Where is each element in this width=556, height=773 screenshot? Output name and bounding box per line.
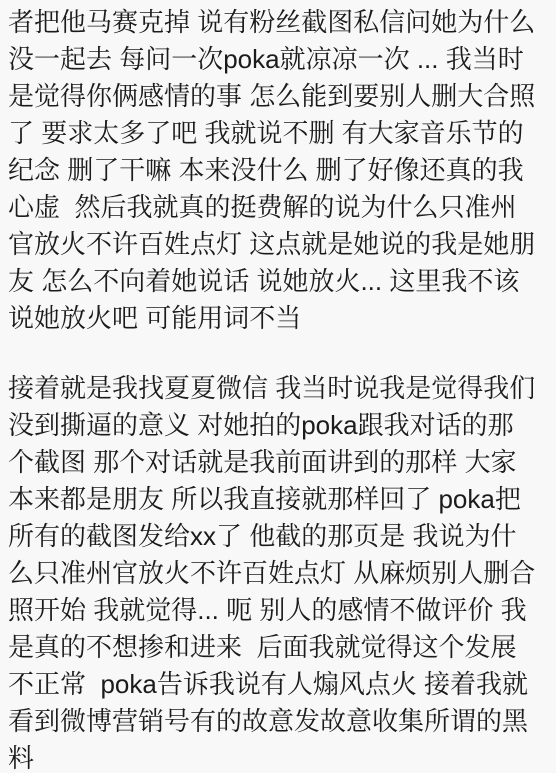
paragraph-spacer — [8, 337, 552, 370]
text-line: 者把他马赛克掉 说有粉丝截图私信问她为什么 — [8, 4, 552, 41]
text-line: 了 要求太多了吧 我就说不删 有大家音乐节的 — [8, 115, 552, 152]
text-line: 接着就是我找夏夏微信 我当时说我是觉得我们 — [8, 370, 552, 407]
paragraph-1: 者把他马赛克掉 说有粉丝截图私信问她为什么 没一起去 每问一次poka就凉凉一次… — [8, 4, 552, 337]
text-line: 官放火不许百姓点灯 这点就是她说的我是她朋 — [8, 226, 552, 263]
text-line: 是觉得你俩感情的事 怎么能到要别人删大合照 — [8, 78, 552, 115]
text-line: 没一起去 每问一次poka就凉凉一次 ... 我当时 — [8, 41, 552, 78]
text-line: 是真的不想掺和进来 后面我就觉得这个发展 — [8, 629, 552, 666]
text-line: 么只准州官放火不许百姓点灯 从麻烦别人删合 — [8, 555, 552, 592]
text-line: 说她放火吧 可能用词不当 — [8, 300, 552, 337]
text-line: 不正常 poka告诉我说有人煽风点火 接着我就 — [8, 666, 552, 703]
text-line: 个截图 那个对话就是我前面讲到的那样 大家 — [8, 444, 552, 481]
text-line: 纪念 删了干嘛 本来没什么 删了好像还真的我 — [8, 152, 552, 189]
text-line: 所有的截图发给xx了 他截的那页是 我说为什 — [8, 518, 552, 555]
text-line: 看到微博营销号有的故意发故意收集所谓的黑 — [8, 703, 552, 740]
text-line: 本来都是朋友 所以我直接就那样回了 poka把 — [8, 481, 552, 518]
text-line: 心虚 然后我就真的挺费解的说为什么只准州 — [8, 189, 552, 226]
text-line: 料 — [8, 740, 552, 773]
text-page: 者把他马赛克掉 说有粉丝截图私信问她为什么 没一起去 每问一次poka就凉凉一次… — [0, 0, 556, 773]
text-line: 没到撕逼的意义 对她拍的poka跟我对话的那 — [8, 407, 552, 444]
text-line: 照开始 我就觉得... 呃 别人的感情不做评价 我 — [8, 592, 552, 629]
paragraph-2: 接着就是我找夏夏微信 我当时说我是觉得我们 没到撕逼的意义 对她拍的poka跟我… — [8, 370, 552, 773]
text-line: 友 怎么不向着她说话 说她放火... 这里我不该 — [8, 263, 552, 300]
